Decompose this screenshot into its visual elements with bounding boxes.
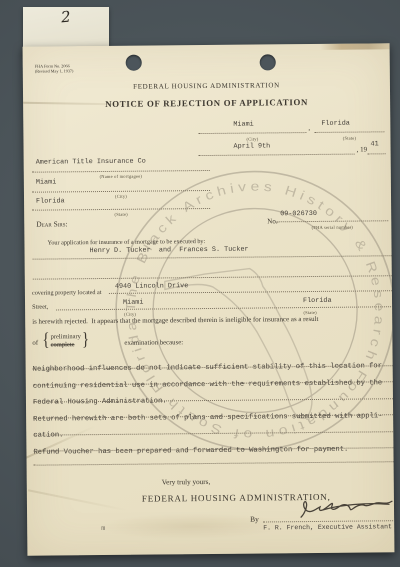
document-page: The Black Archives History & Research Fo…: [23, 43, 395, 555]
serial-line: [276, 220, 388, 222]
scan-background: 2 The Black Archives History & Research …: [0, 0, 400, 567]
agency-header: FEDERAL HOUSING ADMINISTRATION: [23, 80, 390, 92]
mortgagee-state: Florida: [36, 197, 65, 205]
dateline-date-line: [199, 154, 355, 156]
street-label: Street,: [32, 304, 48, 311]
left-brace: {: [42, 330, 49, 351]
because-label: examination because:: [124, 339, 183, 347]
dateline-date: April 9th: [233, 142, 270, 150]
signer-name: F. R. French, Executive Assistant: [263, 523, 392, 531]
of-label: of: [32, 340, 38, 347]
mortgagee-name-label: (Name of mortgagee): [32, 173, 210, 180]
rejection-sentence: is herewith rejected. It appears that th…: [32, 316, 318, 326]
option-complete: complete: [51, 341, 81, 349]
property-city: Miami: [123, 299, 143, 307]
punch-hole-right: [260, 54, 276, 70]
dateline-city-line: [198, 132, 306, 134]
valediction: Very truly yours,: [162, 478, 211, 486]
property-address: 4940 Lincoln Drive: [115, 282, 188, 291]
reasons-block: Neighborhood influences do not indicate …: [33, 354, 394, 457]
mortgagor-names: Henry D. Tucker and Frances S. Tucker: [89, 246, 248, 256]
property-city-label: (City): [110, 312, 150, 317]
document-title: NOTICE OF REJECTION OF APPLICATION: [23, 96, 390, 110]
dateline-state-line: [314, 131, 384, 133]
mortgagor-line: [33, 255, 392, 259]
examination-options: { preliminary complete }: [42, 332, 89, 349]
year-value: 41: [370, 140, 378, 148]
dateline-city: Miami: [233, 121, 253, 129]
punch-hole-left: [126, 55, 142, 71]
paper-crease: [28, 489, 146, 515]
blank-line: [34, 461, 394, 465]
address-line: [109, 290, 392, 294]
year-prefix: , 19: [357, 145, 368, 153]
property-state: Florida: [303, 297, 332, 305]
reason-row: Refund Voucher has been prepared and for…: [33, 437, 393, 457]
corner-tear: [321, 43, 390, 50]
serial-number: 09-026730: [280, 210, 317, 218]
covering-label: covering property located at: [32, 289, 102, 297]
dateline-comma: ,: [308, 124, 310, 132]
mortgagee-name: American Title Insurance Co: [36, 158, 146, 167]
salutation: Dear Sirs:: [36, 219, 67, 228]
mortgagee-city: Miami: [36, 178, 56, 186]
dateline-state: Florida: [321, 120, 350, 128]
dateline-city-label: (City): [198, 136, 306, 142]
right-brace: }: [82, 330, 89, 351]
by-label: By: [250, 515, 259, 524]
reason-text: cation.: [33, 432, 63, 440]
street-line: [56, 306, 391, 310]
tab-number: 2: [60, 8, 71, 27]
blank-line: [33, 275, 392, 279]
mortgagee-state-label: (State): [32, 211, 210, 218]
form-revision: (Revised May 1, 1937): [35, 69, 74, 75]
year-line: [368, 153, 386, 154]
property-state-label: (State): [290, 310, 330, 315]
margin-mark: m: [101, 525, 105, 533]
serial-sublabel: (FHA serial number): [276, 224, 388, 230]
